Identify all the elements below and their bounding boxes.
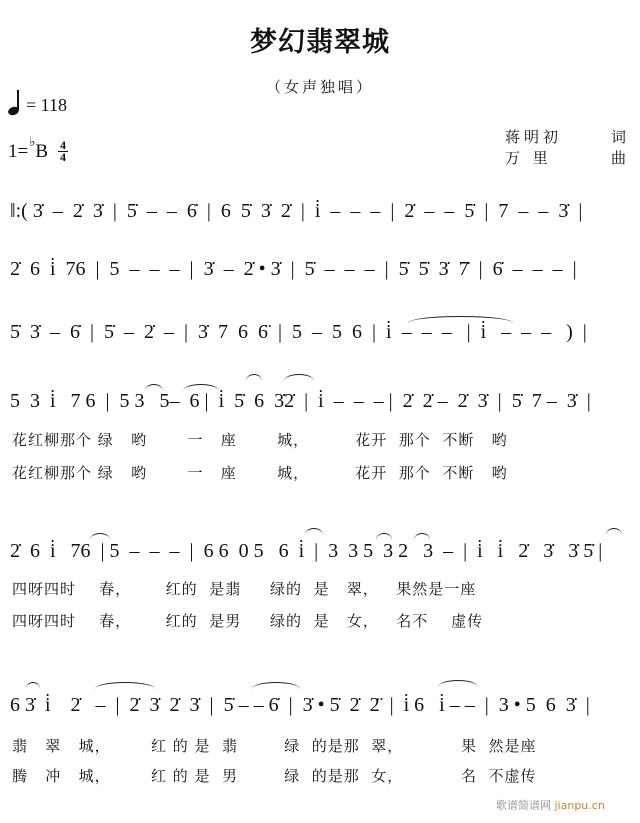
slur-arc: [252, 682, 300, 689]
score-line-6: 6 3̇ i̇ 2̇ – | 2̇ 3̇ 2̇ 3̇ | 5̇ – – 6̇ |…: [10, 694, 634, 717]
lyrics-verse-2: 花红柳那个 绿 哟 一 座 城， 花开 那个 不断 哟: [12, 462, 636, 483]
watermark-cn: 歌谱简谱网: [496, 799, 551, 812]
credits: 蒋明初 词 万 里 曲: [505, 127, 630, 169]
slur-arc: [26, 682, 40, 689]
lyrics-verse-1: 花红柳那个 绿 哟 一 座 城， 花开 那个 不断 哟: [12, 429, 636, 450]
slur-arc: [438, 680, 478, 687]
site-watermark: 歌谱简谱网 jianpu.cn: [496, 797, 605, 813]
slur-arc: [305, 528, 323, 535]
slur-arc: [376, 533, 392, 540]
song-title: 梦幻翡翠城: [0, 20, 640, 59]
slur-arc: [606, 528, 622, 535]
slur-arc: [145, 384, 163, 391]
slur-arc: [246, 374, 262, 381]
time-signature: 4 4: [58, 140, 68, 163]
score-line-2: 2̇ 6 i̇ 76 | 5 – – – | 3̇ – 2̇ • 3̇ | 5̇…: [10, 258, 634, 281]
quarter-note-icon: [8, 90, 22, 116]
lyrics-verse-2: 腾 冲 城， 红 的 是 男 绿 的是那 女， 名 不虚传: [12, 765, 636, 786]
score-line-4: 5 3 i̇ 7 6 | 5 3 5– 6 | i̇ 5̇ 6 3̇2̇ | i…: [10, 390, 634, 413]
performance-note: （女声独唱）: [0, 76, 640, 97]
tempo-value: = 118: [26, 95, 67, 116]
slur-arc: [284, 374, 314, 381]
slur-arc: [90, 533, 110, 540]
lyricist-name: 蒋明初: [505, 127, 562, 148]
time-sig-bottom: 4: [60, 152, 66, 163]
score-line-5: 2̇ 6 i̇ 76 | 5 – – – | 6 6 0 5 6 i̇ | 3 …: [10, 540, 634, 563]
slur-arc: [414, 533, 430, 540]
key-signature: 1= ♭ B 4 4: [8, 140, 68, 163]
score-line-1: ‖:( 3̇ – 2̇ 3̇ | 5̇ – – 6̇ | 6 5̇ 3̇ 2̇ …: [10, 200, 634, 223]
score-line-3: 5̇ 3̇ – 6̇ | 5̇ – 2̇ – | 3̇ 7 6 6̈ | 5 –…: [10, 321, 634, 344]
composer-credit: 万 里 曲: [505, 148, 630, 169]
watermark-en: jianpu.cn: [555, 799, 605, 812]
lyrics-verse-1: 翡 翠 城， 红 的 是 翡 绿 的是那 翠， 果 然是座: [12, 735, 636, 756]
key-prefix: 1=: [8, 141, 28, 163]
composer-name: 万 里: [505, 148, 552, 169]
lyrics-verse-1: 四呀四时 春， 红的 是翡 绿的 是 翠， 果然是一座: [12, 578, 636, 599]
lyrics-verse-2: 四呀四时 春， 红的 是男 绿的 是 女， 名不 虚传: [12, 610, 636, 631]
slur-arc: [95, 682, 155, 689]
flat-icon: ♭: [29, 134, 35, 150]
composer-role: 曲: [611, 148, 630, 169]
slur-arc: [183, 384, 219, 391]
lyricist-credit: 蒋明初 词: [505, 127, 630, 148]
tie-arc: [408, 316, 513, 323]
tempo-marking: = 118: [8, 90, 67, 116]
lyricist-role: 词: [611, 127, 630, 148]
key-note: B: [35, 141, 48, 163]
